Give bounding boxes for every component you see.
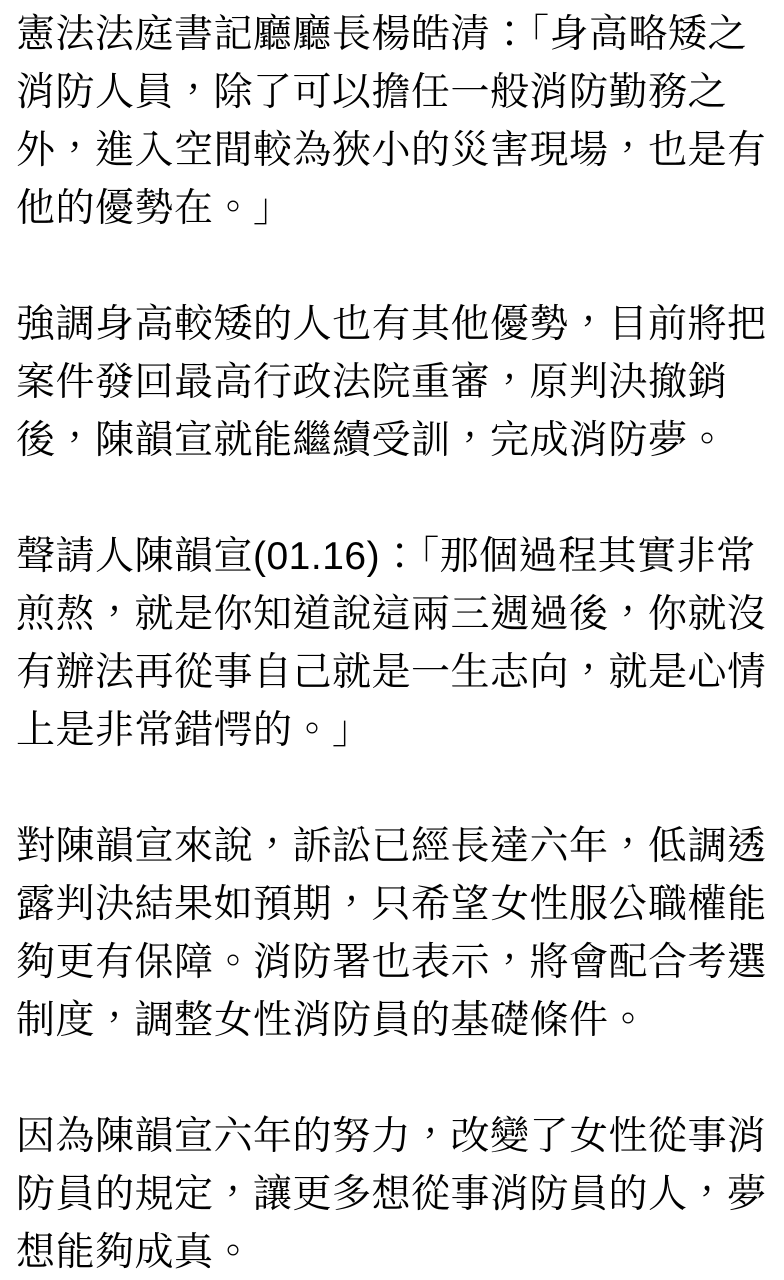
paragraph-conclusion: 因為陳韻宣六年的努力，改變了女性從事消防員的規定，讓更多想從事消防員的人，夢想能…	[16, 1108, 768, 1280]
paragraph-lawsuit-outcome: 對陳韻宣來說，訴訟已經長達六年，低調透露判決結果如預期，只希望女性服公職權能夠更…	[16, 818, 768, 1050]
paragraph-case-remand: 強調身高較矮的人也有其他優勢，目前將把案件發回最高行政法院重審，原判決撤銷後，陳…	[16, 296, 768, 470]
article-body: 憲法法庭書記廳廳長楊皓清：「身高略矮之消防人員，除了可以擔任一般消防勤務之外，進…	[0, 0, 784, 1280]
paragraph-quote-court-clerk: 憲法法庭書記廳廳長楊皓清：「身高略矮之消防人員，除了可以擔任一般消防勤務之外，進…	[16, 6, 768, 238]
paragraph-quote-petitioner: 聲請人陳韻宣(01.16)：「那個過程其實非常煎熬，就是你知道說這兩三週過後，你…	[16, 528, 768, 760]
